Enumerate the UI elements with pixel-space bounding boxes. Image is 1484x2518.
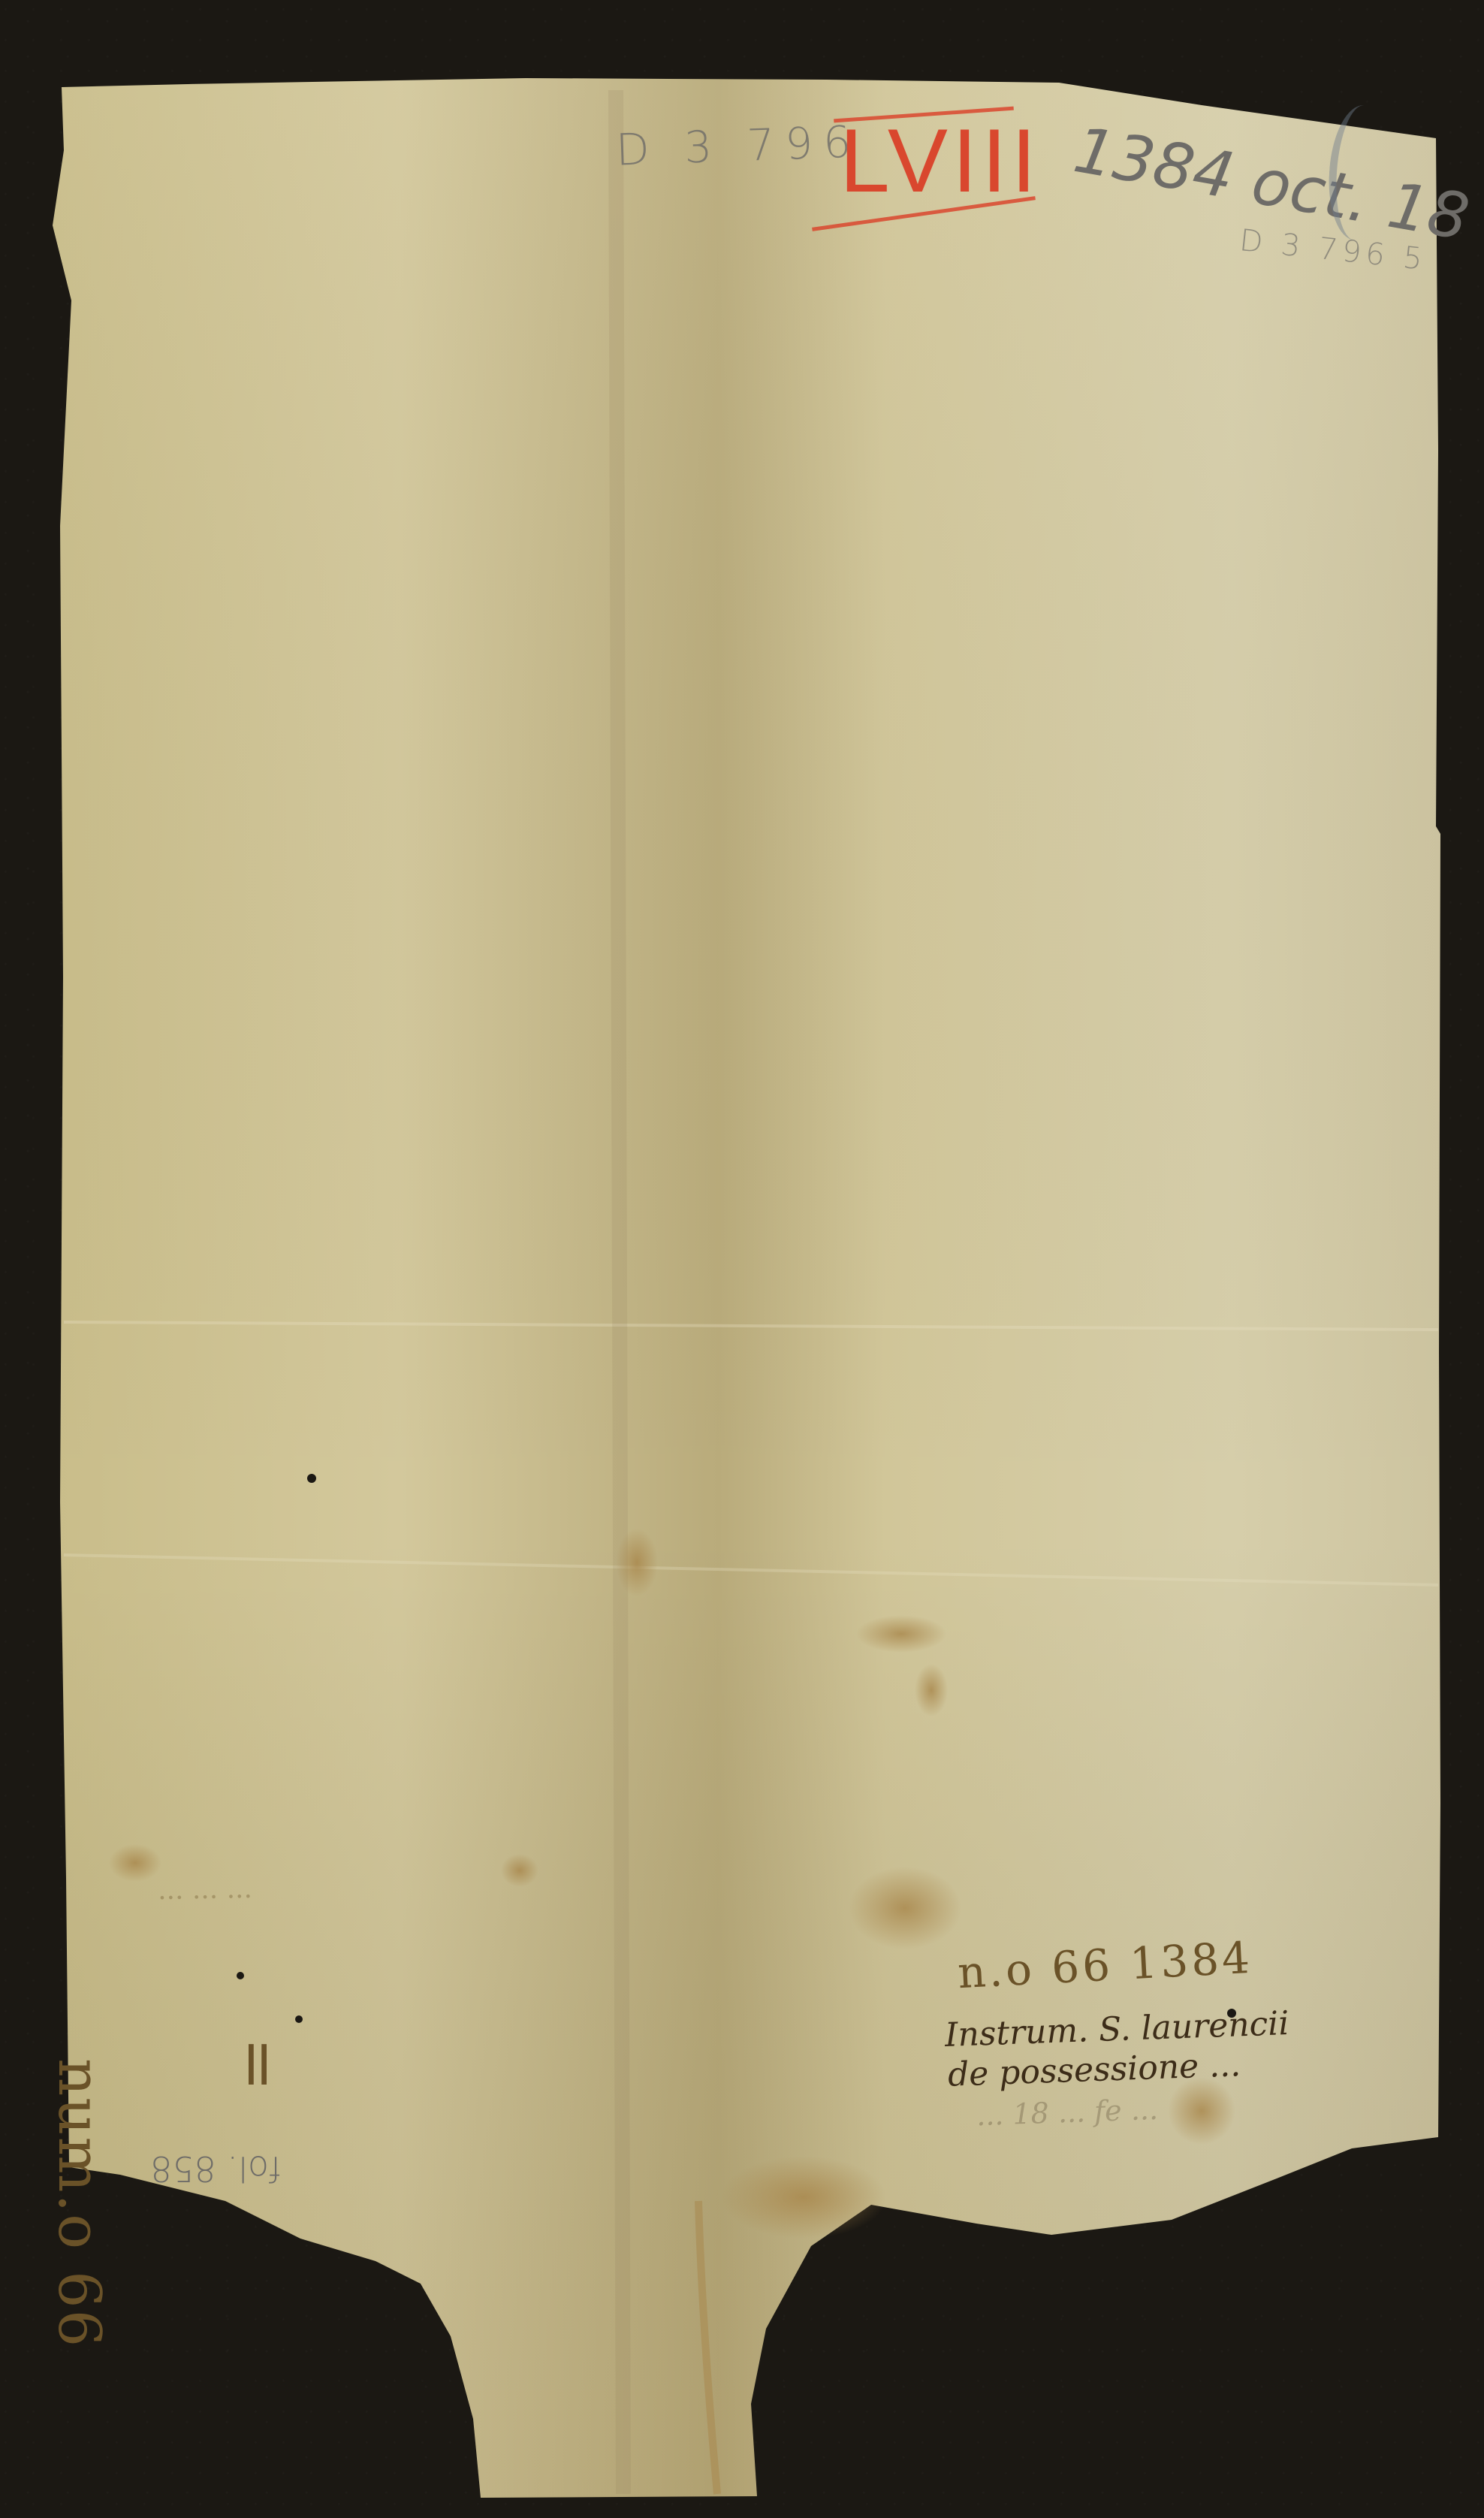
parchment-sheet (0, 0, 1484, 2518)
roman-numeral-box: LVIII (811, 99, 1036, 231)
roman-numeral: LVIII (840, 116, 1041, 206)
rotated-equals-mark: = (222, 2037, 297, 2091)
endorsement-faint: ... 18 ... fe ... (976, 2093, 1158, 2132)
faint-show-through-text: ... ... ... (158, 1873, 253, 1906)
rotated-number-note: num.o 66 (45, 2058, 113, 2348)
folio-note: fol. 858 (150, 2148, 281, 2189)
